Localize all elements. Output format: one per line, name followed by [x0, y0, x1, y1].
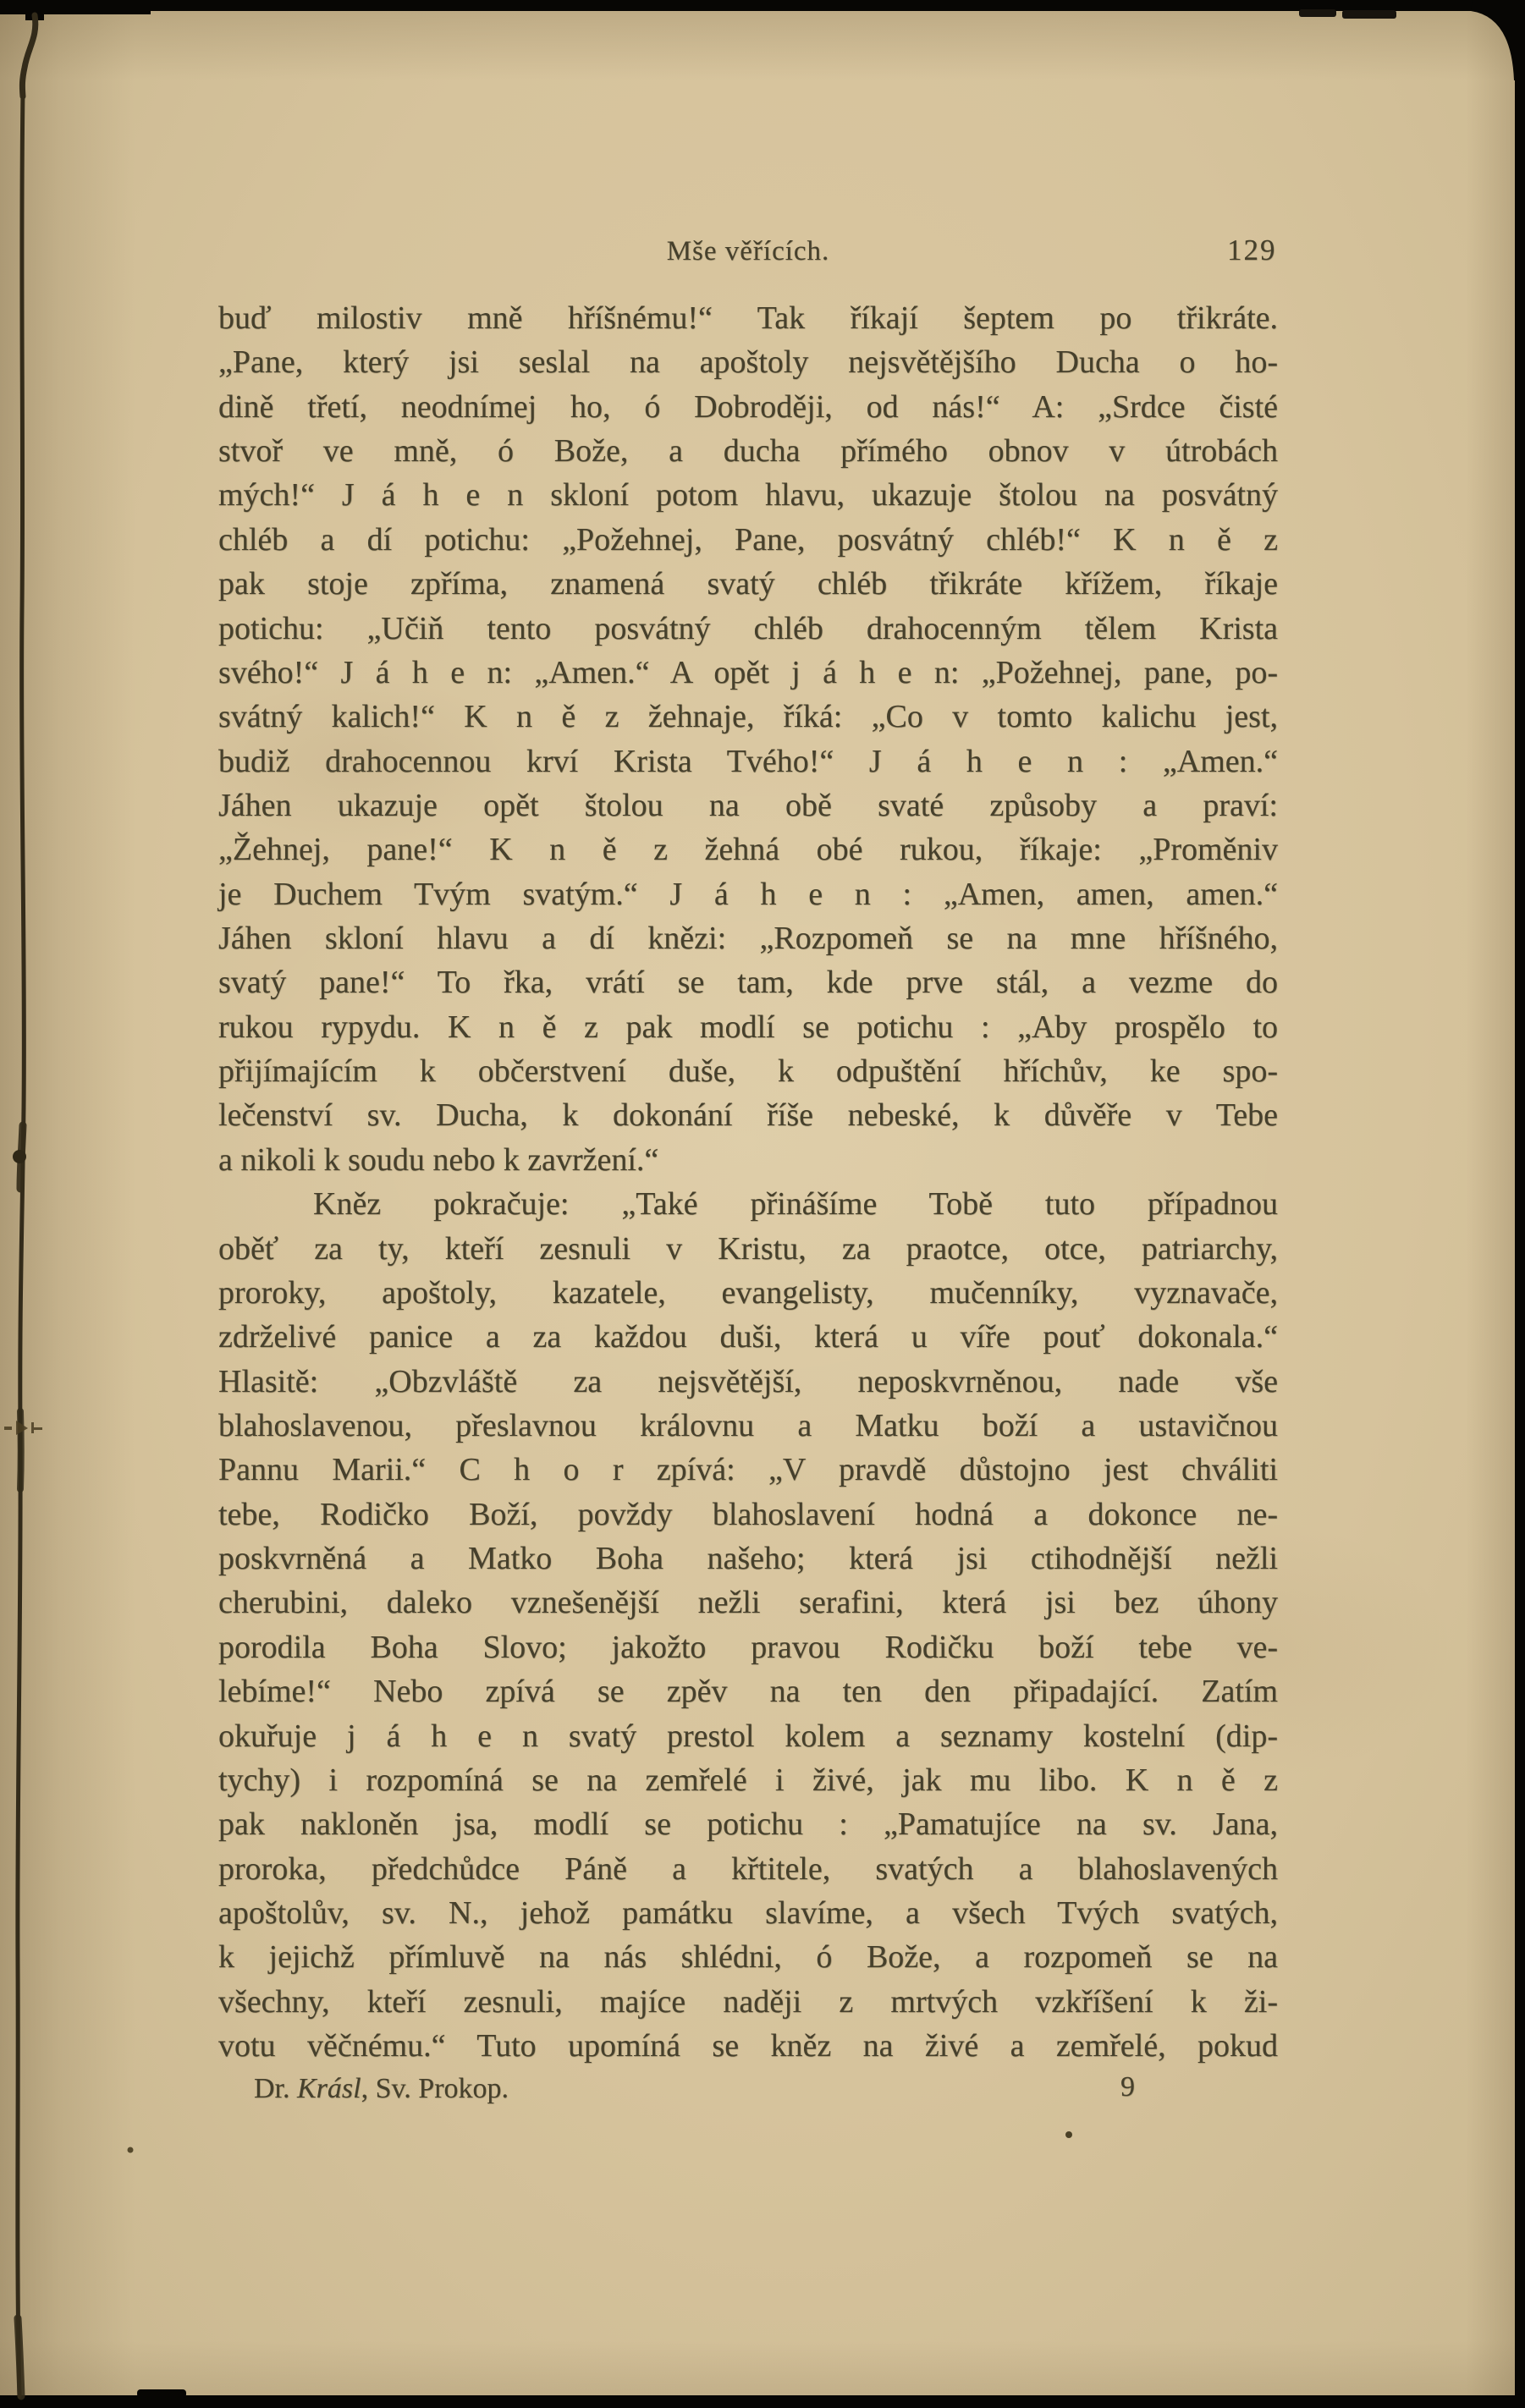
binding-hook	[22, 15, 35, 96]
text-line: oběť za ty, kteří zesnuli v Kristu, za p…	[218, 1227, 1278, 1271]
scan-border-top	[0, 0, 1525, 11]
text-line: k jejichž přímluvě na nás shlédni, ó Bož…	[218, 1935, 1278, 1979]
text-line: „Pane, který jsi seslal na apoštoly nejs…	[218, 340, 1278, 384]
ink-speck-1	[1065, 2131, 1072, 2138]
left-crease-thick-2	[20, 1411, 21, 1489]
sheet-signature-number: 9	[1120, 2071, 1135, 2103]
text-line: blahoslavenou, přeslavnou královnu a Mat…	[218, 1404, 1278, 1448]
text-line: lebíme!“ Nebo zpívá se zpěv na ten den p…	[218, 1669, 1278, 1713]
text-line: svátný kalich!“ K n ě z žehnaje, říká: „…	[218, 695, 1278, 739]
scan-border-bottom	[0, 2395, 1525, 2408]
text-line: a nikoli k soudu nebo k zavržení.“	[218, 1138, 1278, 1182]
scan-bottom-bump	[137, 2389, 186, 2398]
ink-speck-2	[128, 2147, 134, 2153]
crease-blob	[13, 1150, 26, 1163]
text-line: potichu: „Učiň tento posvátný chléb drah…	[218, 607, 1278, 651]
running-title: Mše věřících.	[218, 236, 1278, 267]
text-line: Jáhen ukazuje opět štolou na obě svaté z…	[218, 783, 1278, 827]
text-line: dině třetí, neodnímej ho, ó Dobroději, o…	[218, 385, 1278, 429]
text-line: lečenství sv. Ducha, k dokonání říše neb…	[218, 1093, 1278, 1137]
text-line: chléb a dí potichu: „Požehnej, Pane, pos…	[218, 518, 1278, 562]
footer-prefix: Dr.	[254, 2073, 297, 2104]
footer-citation: Dr. Krásl, Sv. Prokop.	[254, 2073, 509, 2105]
text-line: rukou rypydu. K n ě z pak modlí se potic…	[218, 1005, 1278, 1049]
text-line: okuřuje j á h e n svatý prestol kolem a …	[218, 1714, 1278, 1758]
top-right-dashes	[1299, 9, 1396, 19]
text-line: Pannu Marii.“ C h o r zpívá: „V pravdě d…	[218, 1448, 1278, 1492]
text-line: proroky, apoštoly, kazatele, evangelisty…	[218, 1271, 1278, 1315]
scan-border-top-left-thick	[0, 0, 151, 14]
text-line: pak nakloněn jsa, modlí se potichu : „Pa…	[218, 1802, 1278, 1846]
footer-author: Krásl	[297, 2073, 361, 2104]
text-line: všechny, kteří zesnuli, majíce naději z …	[218, 1980, 1278, 2024]
text-line: stvoř ve mně, ó Bože, a ducha přímého ob…	[218, 429, 1278, 473]
left-crease-thick-1	[20, 1125, 23, 1189]
text-line: svatý pane!“ To řka, vrátí se tam, kde p…	[218, 960, 1278, 1004]
text-line: poskvrněná a Matko Boha našeho; která js…	[218, 1537, 1278, 1581]
text-line: porodila Boha Slovo; jakožto pravou Rodi…	[218, 1625, 1278, 1669]
footer-suffix: , Sv. Prokop.	[361, 2073, 509, 2104]
text-line: cherubini, daleko vznešenější nežli sera…	[218, 1581, 1278, 1625]
text-line: budiž drahocennou krví Krista Tvého!“ J …	[218, 739, 1278, 783]
binding-bar	[25, 0, 44, 20]
left-crease-line	[18, 91, 25, 2396]
text-line: zdrželivé panice a za každou duši, která…	[218, 1315, 1278, 1359]
text-line: proroka, předchůdce Páně a křtitele, sva…	[218, 1847, 1278, 1891]
book-page-scan: Mše věřících. 129 buď milostiv mně hříšn…	[0, 0, 1525, 2408]
text-line: Jáhen skloní hlavu a dí knězi: „Rozpomeň…	[218, 916, 1278, 960]
text-line: buď milostiv mně hříšnému!“ Tak říkají š…	[218, 296, 1278, 340]
text-line: je Duchem Tvým svatým.“ J á h e n : „Ame…	[218, 872, 1278, 916]
body-text: buď milostiv mně hříšnému!“ Tak říkají š…	[218, 296, 1278, 2068]
left-crease-thick-3	[18, 2318, 21, 2396]
scan-corner-top-right	[1471, 0, 1525, 80]
margin-arrow-mark	[4, 1421, 42, 1435]
text-line: apoštolův, sv. N., jehož památku slavíme…	[218, 1891, 1278, 1935]
text-line: Hlasitě: „Obzvláště za nejsvětější, nepo…	[218, 1360, 1278, 1404]
page-number: 129	[1227, 234, 1277, 267]
text-line: „Žehnej, pane!“ K n ě z žehná obé rukou,…	[218, 827, 1278, 871]
text-line: svého!“ J á h e n: „Amen.“ A opět j á h …	[218, 651, 1278, 695]
scan-border-right	[1515, 0, 1525, 2408]
text-line: tebe, Rodičko Boží, povždy blahoslavení …	[218, 1493, 1278, 1537]
text-line: votu věčnému.“ Tuto upomíná se kněz na ž…	[218, 2024, 1278, 2068]
text-line: pak stoje zpříma, znamená svatý chléb tř…	[218, 562, 1278, 606]
text-line: mých!“ J á h e n skloní potom hlavu, uka…	[218, 473, 1278, 517]
text-line: Kněz pokračuje: „Také přinášíme Tobě tut…	[218, 1182, 1278, 1226]
text-line: tychy) i rozpomíná se na zemřelé i živé,…	[218, 1758, 1278, 1802]
text-line: přijímajícím k občerstvení duše, k odpuš…	[218, 1049, 1278, 1093]
